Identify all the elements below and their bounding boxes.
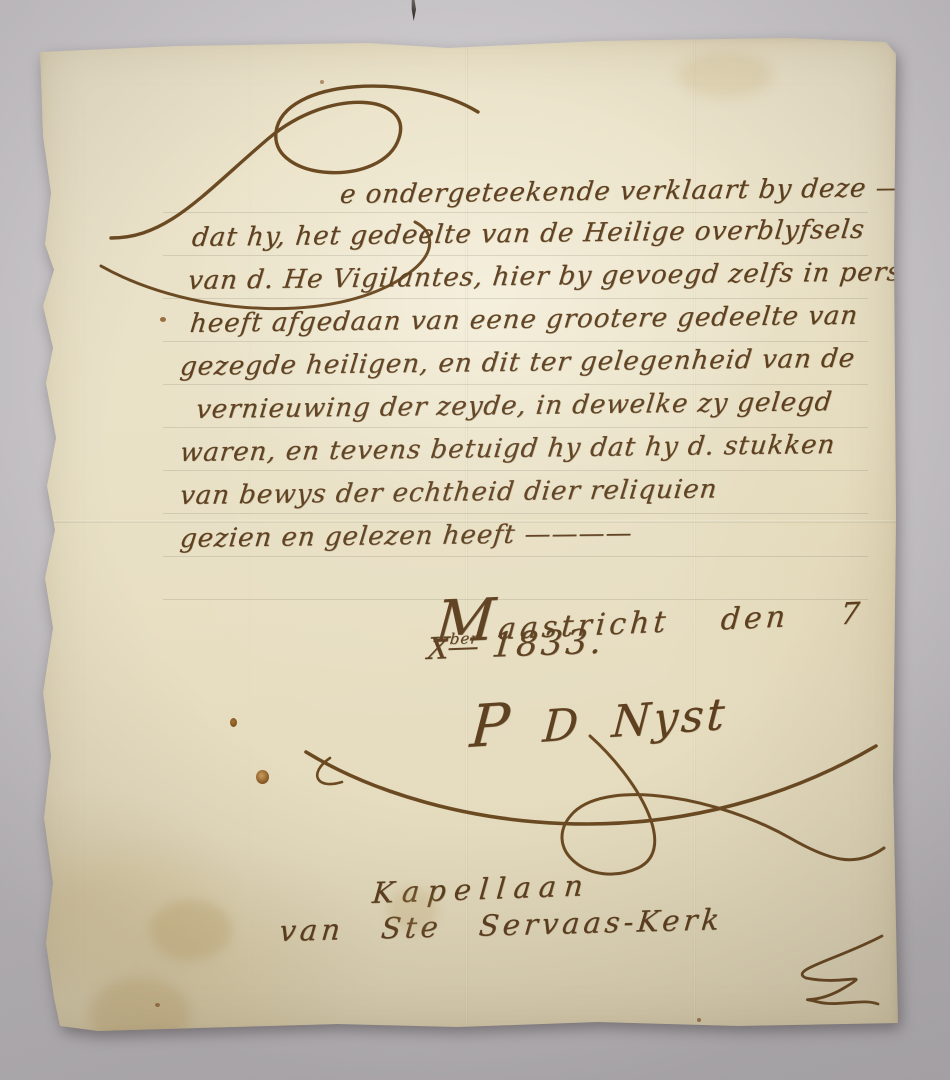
handwriting-line: e ondergeteekende verklaart by deze — <box>338 169 905 214</box>
paper-stain <box>150 900 232 960</box>
ink-stain <box>230 718 237 727</box>
handwriting-line: waren, en tevens betuigd hy dat hy d. st… <box>178 426 837 472</box>
ink-stain <box>320 80 324 84</box>
ink-stain <box>256 770 269 784</box>
handwriting-line: gezien en gelezen heeft ———— <box>178 514 635 558</box>
photo-of-handwritten-letter: e ondergeteekende verklaart by deze — da… <box>0 0 950 1080</box>
month-abbrev-superscript: ber <box>449 629 479 650</box>
closing-flourish <box>766 926 896 1016</box>
month-abbrev-prefix: X <box>426 631 450 667</box>
paper-shadow-wrap: e ondergeteekende verklaart by deze — da… <box>0 0 950 1080</box>
paper-stain <box>678 52 773 98</box>
paper-stain <box>388 888 438 932</box>
letter-paper: e ondergeteekende verklaart by deze — da… <box>38 38 898 1033</box>
signature-title-line-2: van Ste Servaas-Kerk <box>278 902 725 948</box>
ink-stain <box>160 317 166 322</box>
handwriting-line: vernieuwing der zeyde, in dewelke zy gel… <box>194 383 835 429</box>
dateline-year: 1833. <box>490 622 606 666</box>
dateline-month-year: Xber1833. <box>426 622 606 668</box>
handwriting-line: van bewys der echtheid dier reliquien <box>178 470 719 515</box>
ink-stain <box>697 1018 701 1022</box>
paper-stain <box>90 978 190 1050</box>
